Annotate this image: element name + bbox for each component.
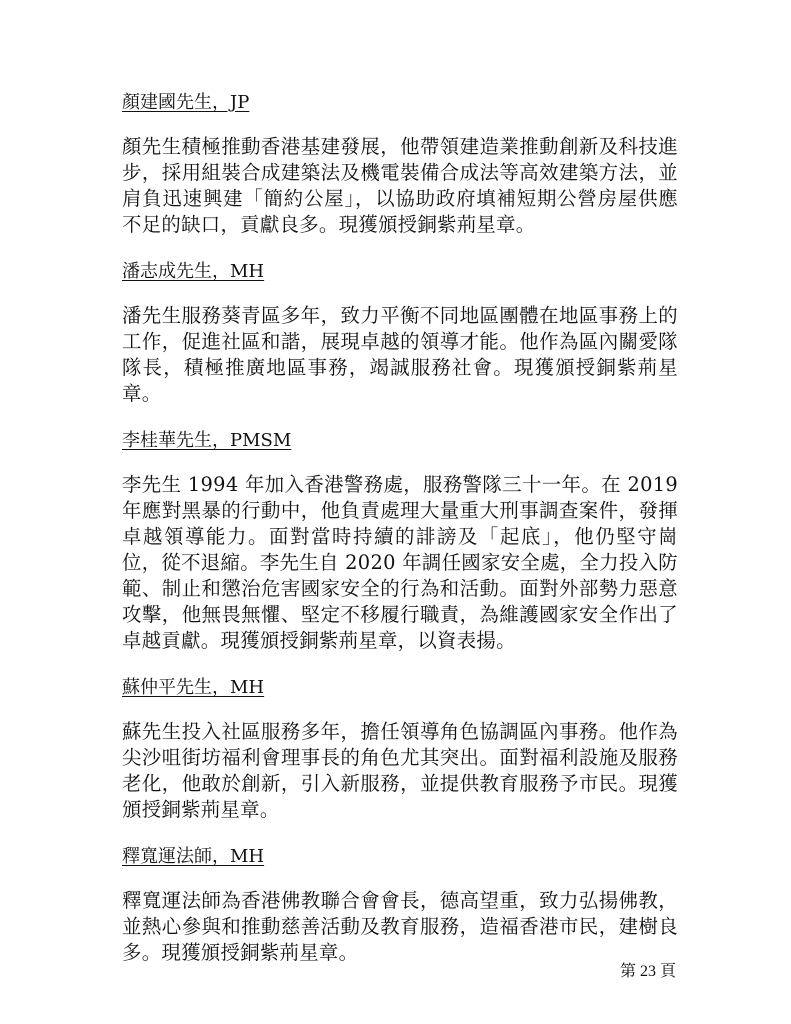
- awardee-entry: 蘇仲平先生，MH 蘇先生投入社區服務多年，擔任領導角色協調區內事務。他作為尖沙咀…: [122, 675, 678, 823]
- document-page: 顏建國先生，JP 顏先生積極推動香港基建發展，他帶領建造業推動創新及科技進步，採…: [122, 90, 678, 987]
- awardee-heading: 顏建國先生，JP: [122, 90, 678, 116]
- awardee-heading: 李桂華先生，PMSM: [122, 428, 678, 454]
- awardee-heading: 潘志成先生，MH: [122, 259, 678, 285]
- awardee-citation: 釋寬運法師為香港佛教聯合會會長，德高望重，致力弘揚佛教，並熱心參與和推動慈善活動…: [122, 888, 678, 966]
- awardee-heading: 釋寬運法師，MH: [122, 844, 678, 870]
- awardee-citation: 顏先生積極推動香港基建發展，他帶領建造業推動創新及科技進步，採用組裝合成建築法及…: [122, 134, 678, 238]
- awardee-entry: 潘志成先生，MH 潘先生服務葵青區多年，致力平衡不同地區團體在地區事務上的工作，…: [122, 259, 678, 407]
- awardee-entry: 釋寬運法師，MH 釋寬運法師為香港佛教聯合會會長，德高望重，致力弘揚佛教，並熱心…: [122, 844, 678, 966]
- awardee-heading: 蘇仲平先生，MH: [122, 675, 678, 701]
- awardee-citation: 李先生 1994 年加入香港警務處，服務警隊三十一年。在 2019 年應對黑暴的…: [122, 472, 678, 654]
- awardee-entry: 李桂華先生，PMSM 李先生 1994 年加入香港警務處，服務警隊三十一年。在 …: [122, 428, 678, 654]
- awardee-citation: 潘先生服務葵青區多年，致力平衡不同地區團體在地區事務上的工作，促進社區和諧，展現…: [122, 303, 678, 407]
- awardee-citation: 蘇先生投入社區服務多年，擔任領導角色協調區內事務。他作為尖沙咀街坊福利會理事長的…: [122, 719, 678, 823]
- page-number: 第 23 頁: [620, 958, 676, 981]
- awardee-entry: 顏建國先生，JP 顏先生積極推動香港基建發展，他帶領建造業推動創新及科技進步，採…: [122, 90, 678, 238]
